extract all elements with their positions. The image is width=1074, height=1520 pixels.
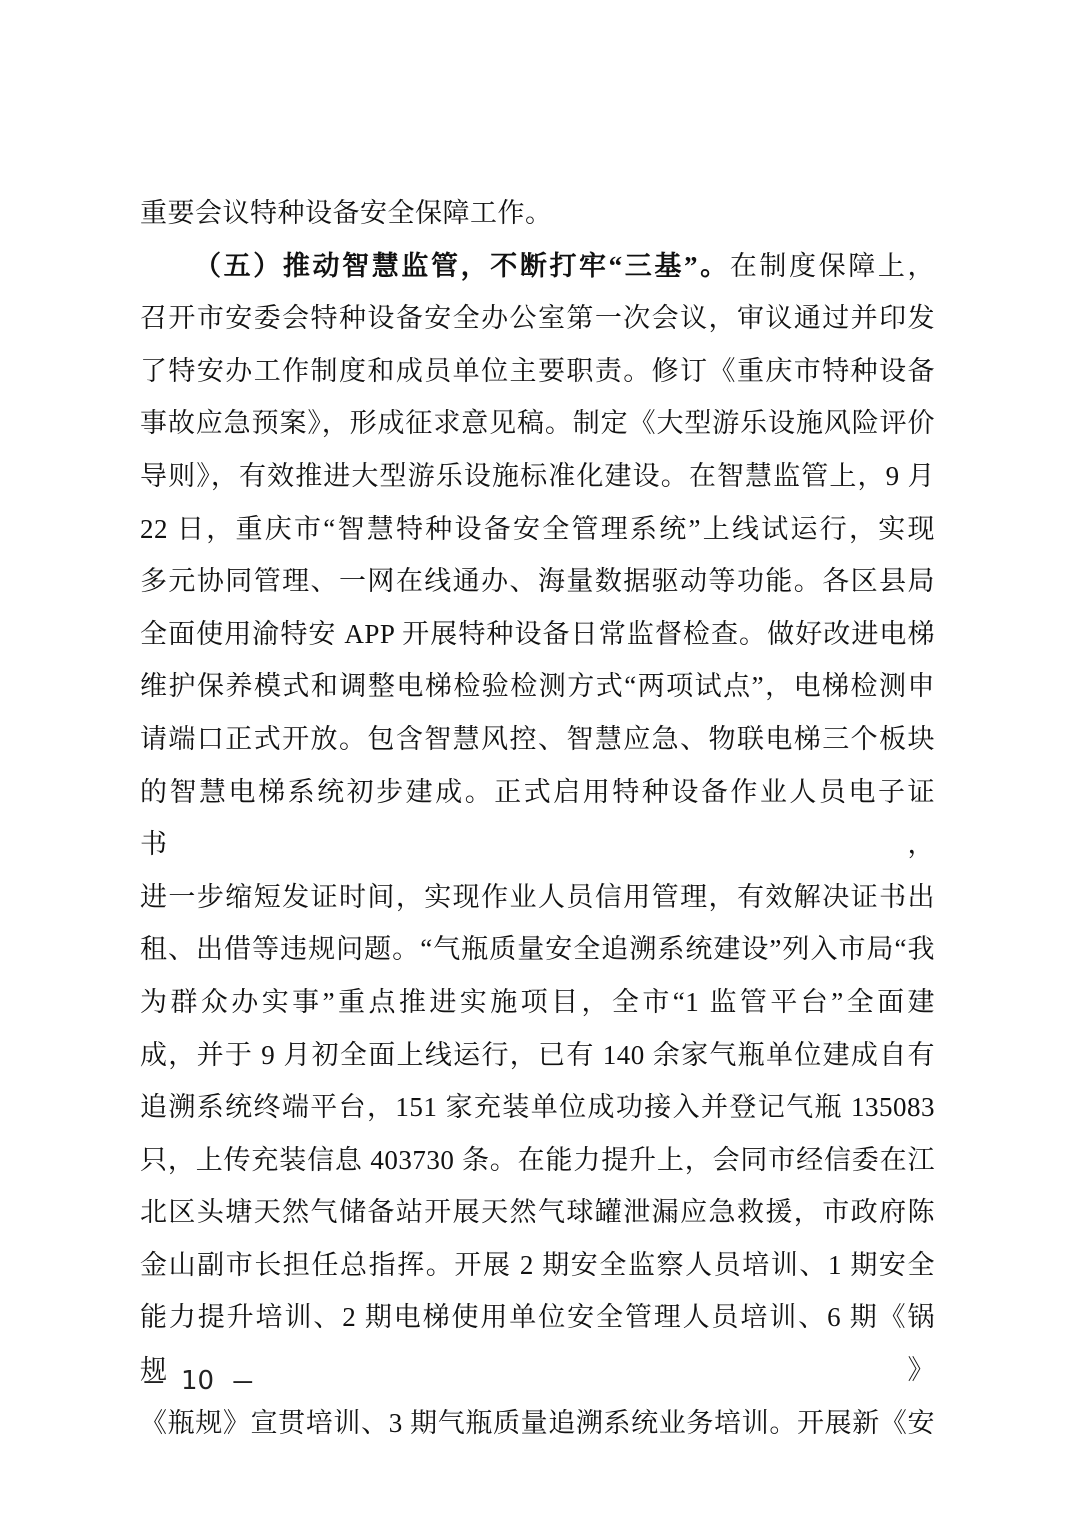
text-line: 能力提升培训、2 期电梯使用单位安全管理人员培训、6 期《锅规》: [140, 1291, 935, 1396]
text-line: 召开市安委会特种设备安全办公室第一次会议，审议通过并印发: [140, 292, 935, 345]
page-footer: — 10 —: [141, 1366, 254, 1396]
paragraph-end-line: 重要会议特种设备安全保障工作。: [140, 187, 935, 240]
text-line: 只，上传充装信息 403730 条。在能力提升上，会同市经信委在江: [140, 1134, 935, 1187]
text-line: 全面使用渝特安 APP 开展特种设备日常监督检查。做好改进电梯: [140, 608, 935, 661]
text-line: 了特安办工作制度和成员单位主要职责。修订《重庆市特种设备: [140, 345, 935, 398]
page-number: 10: [181, 1366, 214, 1396]
text-line: 成，并于 9 月初全面上线运行，已有 140 余家气瓶单位建成自有: [140, 1029, 935, 1082]
document-page: 重要会议特种设备安全保障工作。 （五）推动智慧监管，不断打牢“三基”。在制度保障…: [0, 0, 1074, 1520]
section-heading-line: （五）推动智慧监管，不断打牢“三基”。在制度保障上，: [140, 240, 935, 293]
text-line: 北区头塘天然气储备站开展天然气球罐泄漏应急救援，市政府陈: [140, 1186, 935, 1239]
text-line-content: 在制度保障上，: [730, 251, 935, 281]
text-line: 进一步缩短发证时间，实现作业人员信用管理，有效解决证书出: [140, 871, 935, 924]
text-line: 《瓶规》宣贯培训、3 期气瓶质量追溯系统业务培训。开展新《安: [140, 1397, 935, 1450]
text-line: 金山副市长担任总指挥。开展 2 期安全监察人员培训、1 期安全: [140, 1239, 935, 1292]
document-body: 重要会议特种设备安全保障工作。 （五）推动智慧监管，不断打牢“三基”。在制度保障…: [140, 187, 935, 1449]
text-line: 导则》，有效推进大型游乐设施标准化建设。在智慧监管上，9 月: [140, 450, 935, 503]
text-line: 事故应急预案》，形成征求意见稿。制定《大型游乐设施风险评价: [140, 397, 935, 450]
section-heading: （五）推动智慧监管，不断打牢“三基”。: [194, 251, 730, 281]
text-line: 22 日，重庆市“智慧特种设备安全管理系统”上线试运行，实现: [140, 503, 935, 556]
text-line: 维护保养模式和调整电梯检验检测方式“两项试点”，电梯检测申: [140, 660, 935, 713]
text-line: 请端口正式开放。包含智慧风控、智慧应急、物联电梯三个板块: [140, 713, 935, 766]
footer-dash-right: —: [232, 1366, 251, 1396]
text-line: 租、出借等违规问题。“气瓶质量安全追溯系统建设”列入市局“我: [140, 923, 935, 976]
footer-dash-left: —: [143, 1366, 162, 1396]
text-line: 的智慧电梯系统初步建成。正式启用特种设备作业人员电子证书，: [140, 766, 935, 871]
text-line: 多元协同管理、一网在线通办、海量数据驱动等功能。各区县局: [140, 555, 935, 608]
text-line: 追溯系统终端平台，151 家充装单位成功接入并登记气瓶 135083: [140, 1081, 935, 1134]
text-line: 为群众办实事”重点推进实施项目，全市“1 监管平台”全面建: [140, 976, 935, 1029]
